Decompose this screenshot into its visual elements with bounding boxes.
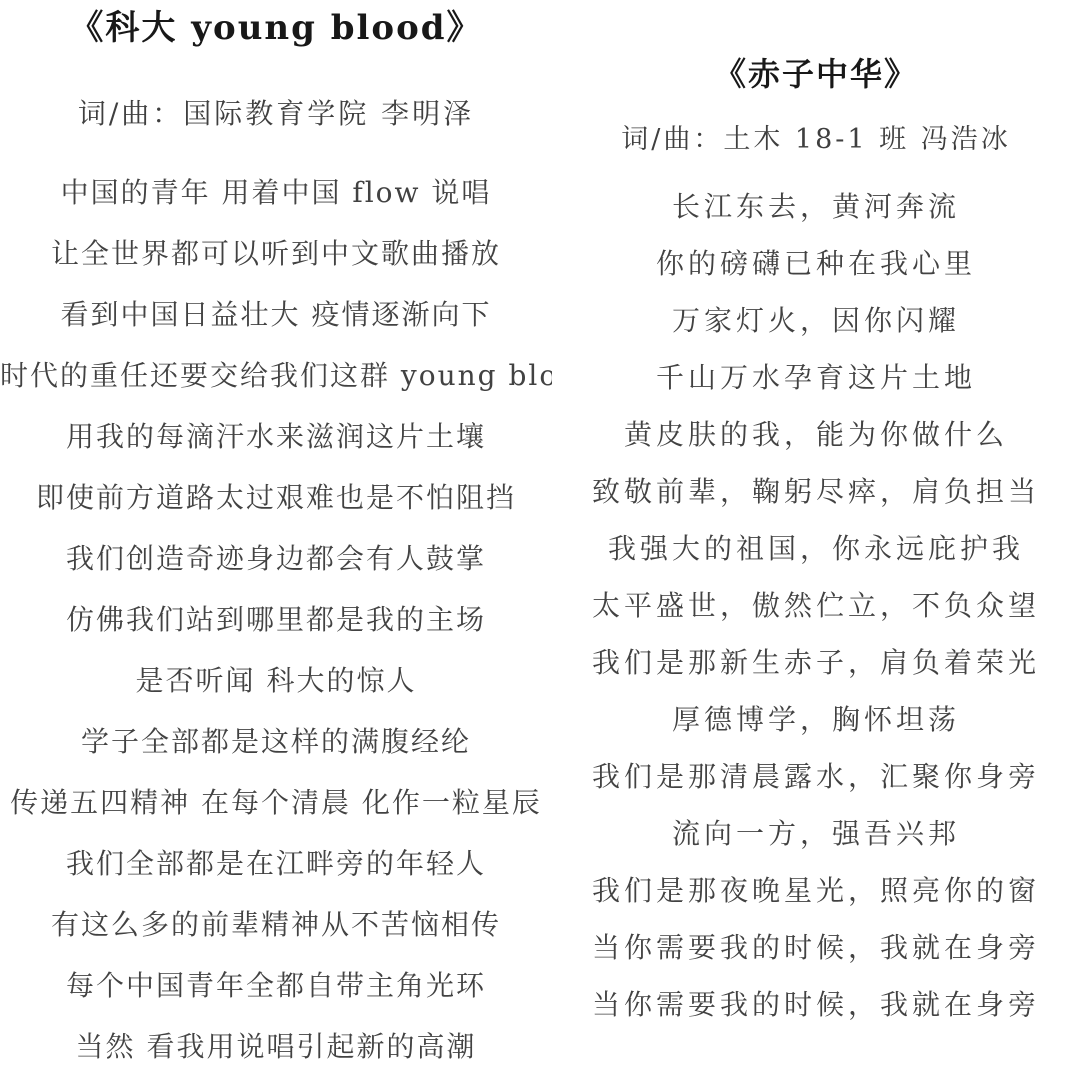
lyric-line: 有这么多的前辈精神从不苦恼相传 — [0, 894, 552, 955]
lyric-line: 是否听闻 科大的惊人 — [0, 650, 552, 711]
lyric-line: 流向一方，强吾兴邦 — [552, 805, 1080, 862]
lyric-line: 看到中国日益壮大 疫情逐渐向下 — [0, 284, 552, 345]
lyric-line: 仿佛我们站到哪里都是我的主场 — [0, 589, 552, 650]
left-song-title: 《科大 young blood》 — [0, 6, 552, 50]
lyric-line: 我强大的祖国，你永远庇护我 — [552, 520, 1080, 577]
lyric-line: 我们是那夜晚星光，照亮你的窗 — [552, 862, 1080, 919]
lyric-line: 中国的青年 用着中国 flow 说唱 — [0, 162, 552, 223]
right-song-column: 《赤子中华》 词/曲：土木 18-1 班 冯浩冰 长江东去，黄河奔流 你的磅礴已… — [552, 0, 1080, 1080]
right-song-title: 《赤子中华》 — [552, 52, 1080, 96]
lyric-line: 我们全部都是在江畔旁的年轻人 — [0, 833, 552, 894]
right-song-credit: 词/曲：土木 18-1 班 冯浩冰 — [552, 120, 1080, 160]
lyric-line: 传递五四精神 在每个清晨 化作一粒星辰 — [0, 772, 552, 833]
lyric-line: 让全世界都可以听到中文歌曲播放 — [0, 223, 552, 284]
lyrics-page: 《科大 young blood》 词/曲：国际教育学院 李明泽 中国的青年 用着… — [0, 0, 1080, 1080]
left-song-column: 《科大 young blood》 词/曲：国际教育学院 李明泽 中国的青年 用着… — [0, 0, 552, 1080]
lyric-line: 每个中国青年全都自带主角光环 — [0, 955, 552, 1016]
lyric-line: 黄皮肤的我，能为你做什么 — [552, 406, 1080, 463]
lyric-line: 我们是那清晨露水，汇聚你身旁 — [552, 748, 1080, 805]
lyric-line: 当你需要我的时候，我就在身旁 — [552, 919, 1080, 976]
lyric-line: 万家灯火，因你闪耀 — [552, 292, 1080, 349]
lyric-line: 即使前方道路太过艰难也是不怕阻挡 — [0, 467, 552, 528]
lyric-line: 长江东去，黄河奔流 — [552, 178, 1080, 235]
lyric-line: 我们创造奇迹身边都会有人鼓掌 — [0, 528, 552, 589]
lyric-line: 厚德博学，胸怀坦荡 — [552, 691, 1080, 748]
lyric-line: 我们是那新生赤子，肩负着荣光 — [552, 634, 1080, 691]
lyric-line: 当然 看我用说唱引起新的高潮 — [0, 1016, 552, 1077]
lyric-line: 千山万水孕育这片土地 — [552, 349, 1080, 406]
lyric-line: 你的磅礴已种在我心里 — [552, 235, 1080, 292]
left-song-credit: 词/曲：国际教育学院 李明泽 — [0, 94, 552, 134]
lyric-line: 学子全部都是这样的满腹经纶 — [0, 711, 552, 772]
right-song-lyrics: 长江东去，黄河奔流 你的磅礴已种在我心里 万家灯火，因你闪耀 千山万水孕育这片土… — [552, 178, 1080, 1033]
lyric-line: 用我的每滴汗水来滋润这片土壤 — [0, 406, 552, 467]
lyric-line: 致敬前辈，鞠躬尽瘁，肩负担当 — [552, 463, 1080, 520]
lyric-line: 当你需要我的时候，我就在身旁 — [552, 976, 1080, 1033]
left-song-lyrics: 中国的青年 用着中国 flow 说唱 让全世界都可以听到中文歌曲播放 看到中国日… — [0, 162, 552, 1077]
lyric-line: 太平盛世，傲然伫立，不负众望 — [552, 577, 1080, 634]
lyric-line: 时代的重任还要交给我们这群 young blood — [0, 345, 552, 406]
